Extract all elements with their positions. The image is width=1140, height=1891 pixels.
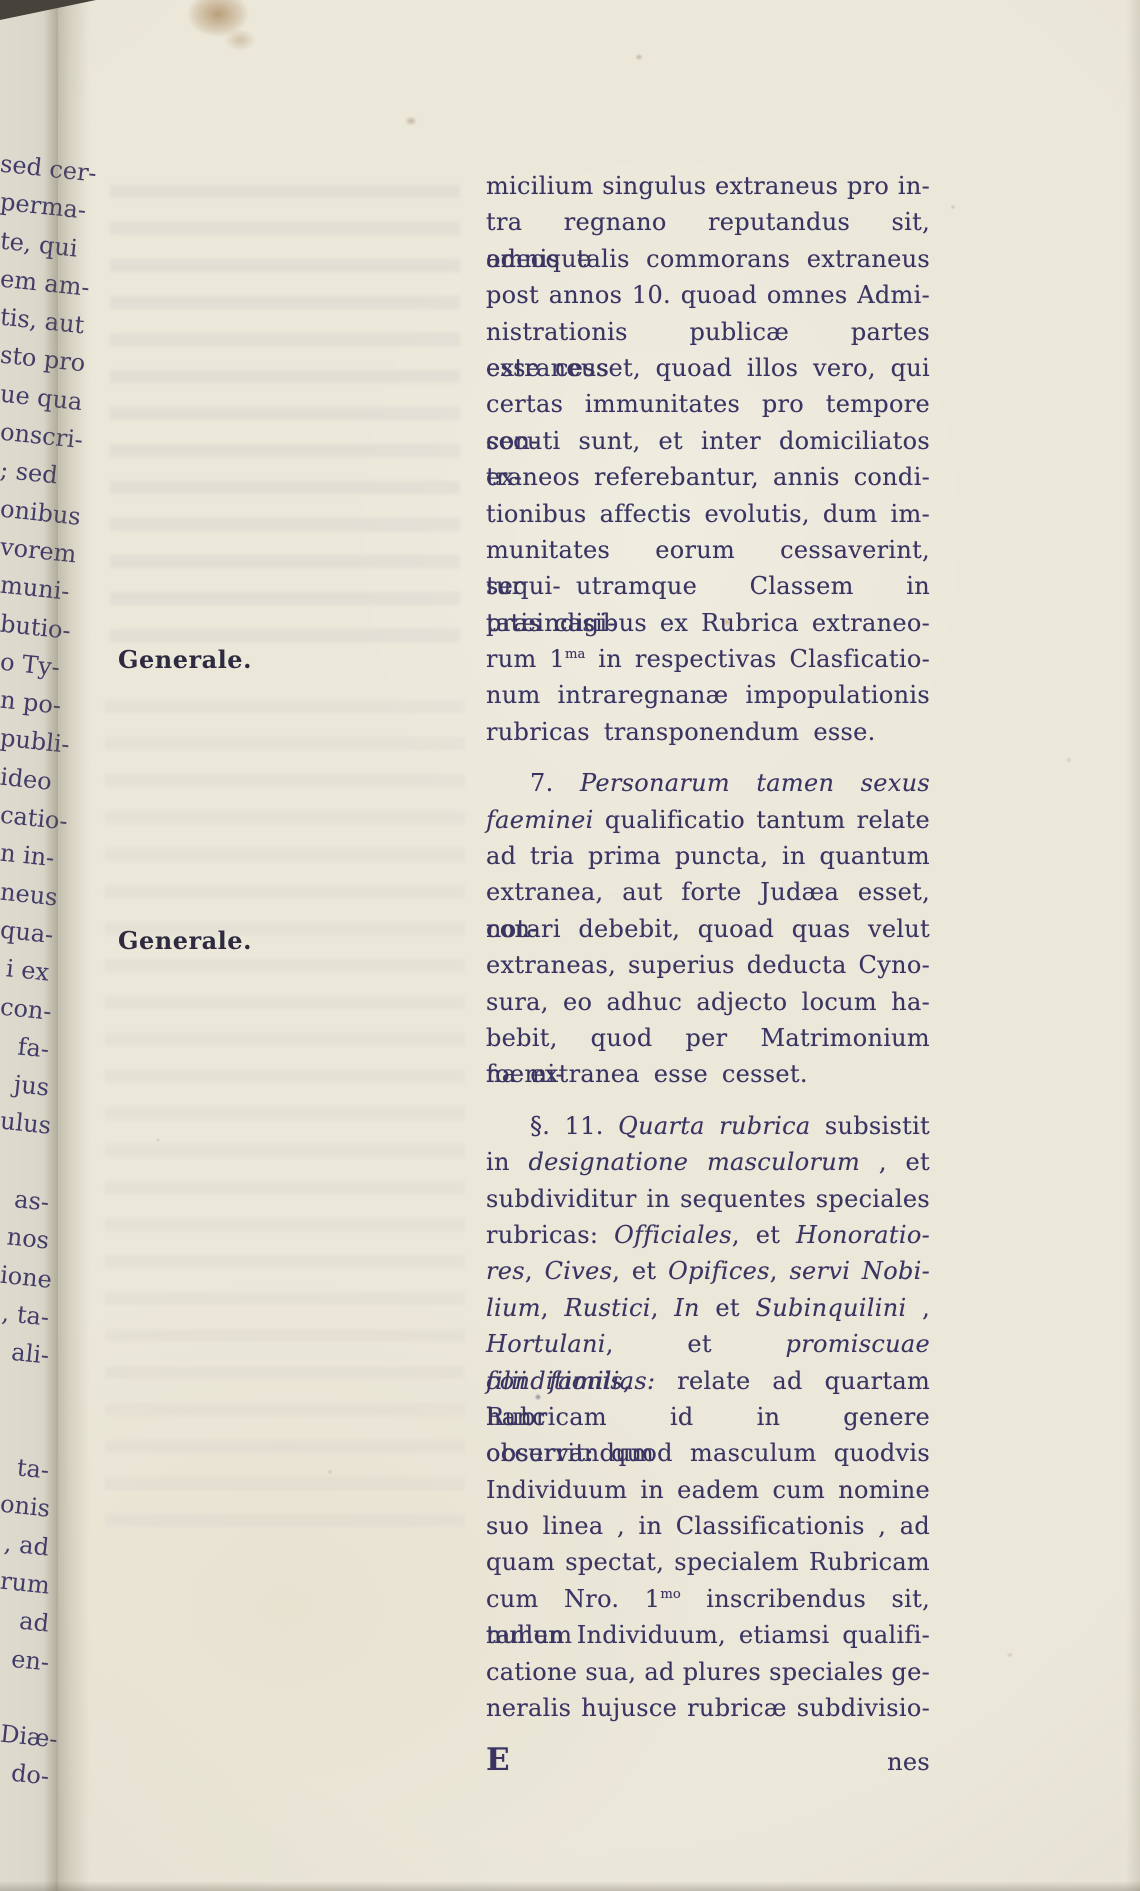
text-line: esse cesset, quoad illos vero, qui bbox=[486, 350, 930, 386]
text-line: subdividitur in sequentes speciales bbox=[486, 1181, 930, 1217]
text-line: res, Cives, et Opifices, servi Nobi- bbox=[486, 1253, 930, 1289]
gutter-fold-shadow bbox=[44, 0, 90, 1891]
text-line: extranea, aut forte Judæa esset, con- bbox=[486, 874, 930, 910]
show-through-text-lower bbox=[105, 700, 465, 1530]
text-line: in designatione masculorum , et bbox=[486, 1144, 930, 1180]
page-footer: Enes bbox=[486, 1742, 930, 1778]
text-line: micilium singulus extraneus pro in- bbox=[486, 168, 930, 204]
text-line: post annos 10. quoad omnes Admi- bbox=[486, 277, 930, 313]
show-through-text-upper bbox=[110, 185, 460, 655]
text-line: suo linea , in Classificationis , ad bbox=[486, 1508, 930, 1544]
text-line: rubricas: Officiales, et Honoratio- bbox=[486, 1217, 930, 1253]
text-line: tatis casibus ex Rubrica extraneo- bbox=[486, 605, 930, 641]
text-line: catione sua, ad plures speciales ge- bbox=[486, 1654, 930, 1690]
text-line: rubricas transponendum esse. bbox=[486, 714, 930, 750]
text-line: quam spectat, specialem Rubricam bbox=[486, 1544, 930, 1580]
text-line: filii familias: relate ad quartam hanc bbox=[486, 1363, 930, 1399]
text-line: bebit, quod per Matrimonium foemi- bbox=[486, 1020, 930, 1056]
book-page: sed cer-perma-te, quiem am-tis, autsto p… bbox=[0, 0, 1140, 1891]
text-line: lium, Rustici, In et Subinquilini , bbox=[486, 1290, 930, 1326]
text-line: tamen Individuum, etiamsi qualifi- bbox=[486, 1617, 930, 1653]
text-line: 7. Personarum tamen sexus bbox=[486, 765, 930, 801]
text-line: sura, eo adhuc adjecto locum ha- bbox=[486, 984, 930, 1020]
text-line: cum Nro. 1mo inscribendus sit, nullum bbox=[486, 1581, 930, 1617]
text-line: faeminei qualificatio tantum relate bbox=[486, 802, 930, 838]
text-line: Hortulani, et promiscuae conditionis, bbox=[486, 1326, 930, 1362]
paragraph: micilium singulus extraneus pro in-tra r… bbox=[486, 168, 930, 750]
text-line: tur utramque Classem in præindigi- bbox=[486, 568, 930, 604]
catchword: nes bbox=[887, 1748, 930, 1776]
text-line: ad tria prima puncta, in quantum bbox=[486, 838, 930, 874]
text-line: traneos referebantur, annis condi- bbox=[486, 459, 930, 495]
right-page-edge-shadow bbox=[1126, 0, 1140, 1891]
bottom-page-edge-shadow bbox=[0, 1881, 1140, 1891]
paragraph: §. 11. Quarta rubrica subsistitin design… bbox=[486, 1108, 930, 1727]
signature-mark: E bbox=[486, 1742, 510, 1778]
text-line: Rubricam id in genere observandum bbox=[486, 1399, 930, 1435]
text-line: occurrit: quod masculum quodvis bbox=[486, 1435, 930, 1471]
text-line: neralis hujusce rubricæ subdivisio- bbox=[486, 1690, 930, 1726]
margin-note-generale-1: Generale. bbox=[118, 645, 252, 674]
text-line: certas immunitates pro tempore con- bbox=[486, 386, 930, 422]
text-line: tionibus affectis evolutis, dum im- bbox=[486, 496, 930, 532]
text-line: Individuum in eadem cum nomine bbox=[486, 1472, 930, 1508]
text-line: rum 1ma in respectivas Clasficatio- bbox=[486, 641, 930, 677]
text-line: tra regnano reputandus sit, adeoque bbox=[486, 204, 930, 240]
text-line: munitates eorum cessaverint, sequi- bbox=[486, 532, 930, 568]
text-line: extraneas, superius deducta Cyno- bbox=[486, 947, 930, 983]
text-line: nistrationis publicæ partes extraneus bbox=[486, 314, 930, 350]
main-text-column: micilium singulus extraneus pro in-tra r… bbox=[486, 168, 930, 1778]
text-line: num intraregnanæ impopulationis bbox=[486, 677, 930, 713]
text-line: omnis talis commorans extraneus bbox=[486, 241, 930, 277]
paragraph: 7. Personarum tamen sexusfaeminei qualif… bbox=[486, 765, 930, 1093]
text-line: notari debebit, quoad quas velut bbox=[486, 911, 930, 947]
text-line: na extranea esse cesset. bbox=[486, 1056, 930, 1092]
text-line: §. 11. Quarta rubrica subsistit bbox=[486, 1108, 930, 1144]
margin-note-generale-2: Generale. bbox=[118, 926, 252, 955]
text-line: secuti sunt, et inter domiciliatos ex- bbox=[486, 423, 930, 459]
